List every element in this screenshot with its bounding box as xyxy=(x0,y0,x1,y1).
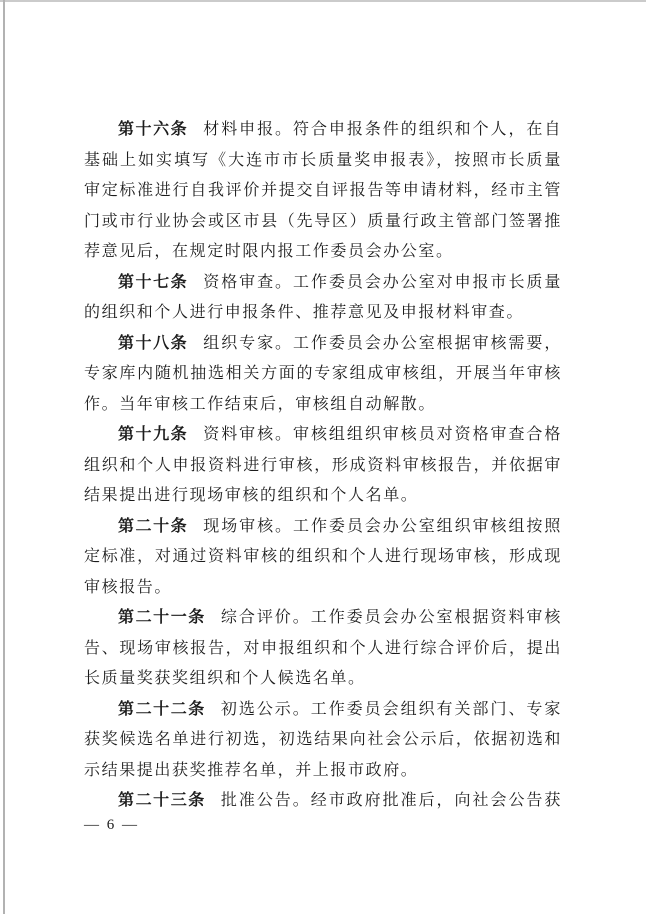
article-line: 第二十条现场审核。工作委员会办公室组织审核组按照审 xyxy=(84,512,562,543)
article-line: 第二十三条批准公告。经市政府批准后，向社会公告获市 xyxy=(84,786,562,817)
page-number: — 6 — xyxy=(84,817,139,834)
scan-edge-left xyxy=(3,0,5,914)
article-number: 第十九条 xyxy=(118,426,188,443)
article-line: 第十九条资料审核。审核组组织审核员对资格审查合格的 xyxy=(84,420,562,451)
article-number: 第二十二条 xyxy=(118,701,206,718)
article-line: 结果提出进行现场审核的组织和个人名单。 xyxy=(84,481,562,512)
article-line: 荐意见后，在规定时限内报工作委员会办公室。 xyxy=(84,237,562,268)
article-line: 第二十二条初选公示。工作委员会组织有关部门、专家对 xyxy=(84,695,562,726)
article-line: 基础上如实填写《大连市市长质量奖申报表》，按照市长质量奖 xyxy=(84,146,562,177)
article-line: 示结果提出获奖推荐名单，并上报市政府。 xyxy=(84,756,562,787)
article-number: 第十六条 xyxy=(118,121,188,138)
article-line: 第二十一条综合评价。工作委员会办公室根据资料审核报 xyxy=(84,603,562,634)
article-number: 第十七条 xyxy=(118,274,188,291)
article-line: 作。当年审核工作结束后，审核组自动解散。 xyxy=(84,390,562,421)
article-line: 定标准，对通过资料审核的组织和个人进行现场审核，形成现场 xyxy=(84,542,562,573)
article-line: 组织和个人申报资料进行审核，形成资料审核报告，并依据审核 xyxy=(84,451,562,482)
article-line: 审定标准进行自我评价并提交自评报告等申请材料，经市主管部 xyxy=(84,176,562,207)
article-line: 的组织和个人进行申报条件、推荐意见及申报材料审查。 xyxy=(84,298,562,329)
article-line: 审核报告。 xyxy=(84,573,562,604)
article-number: 第二十条 xyxy=(118,518,188,535)
document-body: 第十六条材料申报。符合申报条件的组织和个人，在自愿基础上如实填写《大连市市长质量… xyxy=(84,115,562,817)
article-number: 第二十一条 xyxy=(118,609,206,626)
article-line: 专家库内随机抽选相关方面的专家组成审核组，开展当年审核工 xyxy=(84,359,562,390)
article-line: 第十七条资格审查。工作委员会办公室对申报市长质量奖 xyxy=(84,268,562,299)
article-number: 第二十三条 xyxy=(118,792,206,809)
document-page: 第十六条材料申报。符合申报条件的组织和个人，在自愿基础上如实填写《大连市市长质量… xyxy=(0,0,646,914)
article-line: 长质量奖获奖组织和个人候选名单。 xyxy=(84,664,562,695)
article-line: 第十八条组织专家。工作委员会办公室根据审核需要，在 xyxy=(84,329,562,360)
article-line: 获奖候选名单进行初选，初选结果向社会公示后，依据初选和公 xyxy=(84,725,562,756)
article-line: 告、现场审核报告，对申报组织和个人进行综合评价后，提出市 xyxy=(84,634,562,665)
article-line: 第十六条材料申报。符合申报条件的组织和个人，在自愿 xyxy=(84,115,562,146)
scan-edge-top xyxy=(0,0,646,2)
article-line: 门或市行业协会或区市县（先导区）质量行政主管部门签署推 xyxy=(84,207,562,238)
article-number: 第十八条 xyxy=(118,335,188,352)
